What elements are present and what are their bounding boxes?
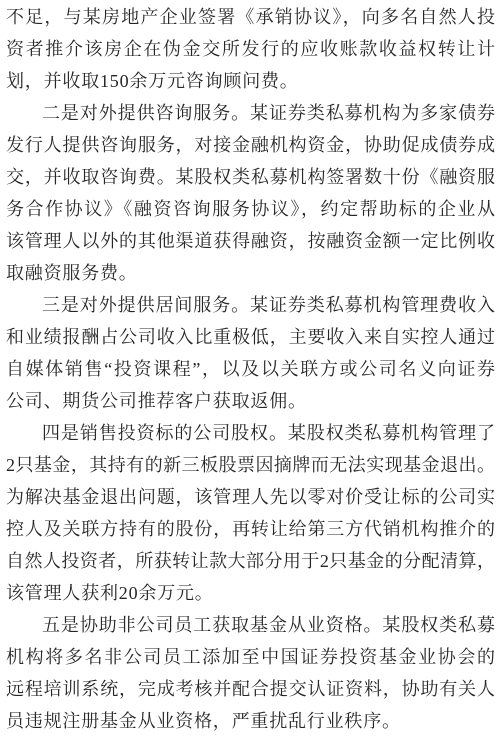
text-line: 二是对外提供咨询服务。某证券类私募机构为多家债券 — [6, 97, 495, 129]
text-line: 资者推介该房企在伪金交所发行的应收账款收益权转让计 — [6, 33, 495, 65]
text-line: 发行人提供咨询服务，对接金融机构资金，协助促成债券成 — [6, 129, 495, 161]
text-line: 自媒体销售“投资课程”，以及以关联方或公司名义向证券 — [6, 353, 495, 385]
text-line: 公司、期货公司推荐客户获取返佣。 — [6, 385, 495, 417]
text-line: 交，并收取咨询费。某股权类私募机构签署数十份《融资服 — [6, 161, 495, 193]
paragraph: 四是销售投资标的公司股权。某股权类私募机构管理了2只基金，其持有的新三板股票因摘… — [6, 417, 495, 609]
text-line: 不足，与某房地产企业签署《承销协议》，向多名自然人投 — [6, 1, 495, 33]
text-line: 控人及关联方持有的股份，再转让给第三方代销机构推介的 — [6, 513, 495, 545]
text-line: 远程培训系统，完成考核并配合提交认证资料，协助有关人 — [6, 673, 495, 705]
text-line: 2只基金，其持有的新三板股票因摘牌而无法实现基金退出。 — [6, 449, 495, 481]
document-body: 不足，与某房地产企业签署《承销协议》，向多名自然人投资者推介该房企在伪金交所发行… — [6, 1, 495, 737]
text-line: 该管理人获利20余万元。 — [6, 577, 495, 609]
text-line: 自然人投资者，所获转让款大部分用于2只基金的分配清算， — [6, 545, 495, 577]
text-line: 四是销售投资标的公司股权。某股权类私募机构管理了 — [6, 417, 495, 449]
text-line: 机构将多名非公司员工添加至中国证券投资基金业协会的 — [6, 641, 495, 673]
text-line: 该管理人以外的其他渠道获得融资，按融资金额一定比例收 — [6, 225, 495, 257]
text-line: 员违规注册基金从业资格，严重扰乱行业秩序。 — [6, 705, 495, 737]
text-line: 取融资服务费。 — [6, 257, 495, 289]
paragraph: 二是对外提供咨询服务。某证券类私募机构为多家债券发行人提供咨询服务，对接金融机构… — [6, 97, 495, 289]
text-line: 为解决基金退出问题，该管理人先以零对价受让标的公司实 — [6, 481, 495, 513]
text-line: 务合作协议》《融资咨询服务协议》，约定帮助标的企业从 — [6, 193, 495, 225]
text-line: 三是对外提供居间服务。某证券类私募机构管理费收入 — [6, 289, 495, 321]
paragraph: 三是对外提供居间服务。某证券类私募机构管理费收入和业绩报酬占公司收入比重极低，主… — [6, 289, 495, 417]
text-line: 和业绩报酬占公司收入比重极低，主要收入来自实控人通过 — [6, 321, 495, 353]
paragraph: 五是协助非公司员工获取基金从业资格。某股权类私募机构将多名非公司员工添加至中国证… — [6, 609, 495, 737]
paragraph: 不足，与某房地产企业签署《承销协议》，向多名自然人投资者推介该房企在伪金交所发行… — [6, 1, 495, 97]
text-line: 划，并收取150余万元咨询顾问费。 — [6, 65, 495, 97]
document-page: 不足，与某房地产企业签署《承销协议》，向多名自然人投资者推介该房企在伪金交所发行… — [0, 0, 504, 741]
text-line: 五是协助非公司员工获取基金从业资格。某股权类私募 — [6, 609, 495, 641]
